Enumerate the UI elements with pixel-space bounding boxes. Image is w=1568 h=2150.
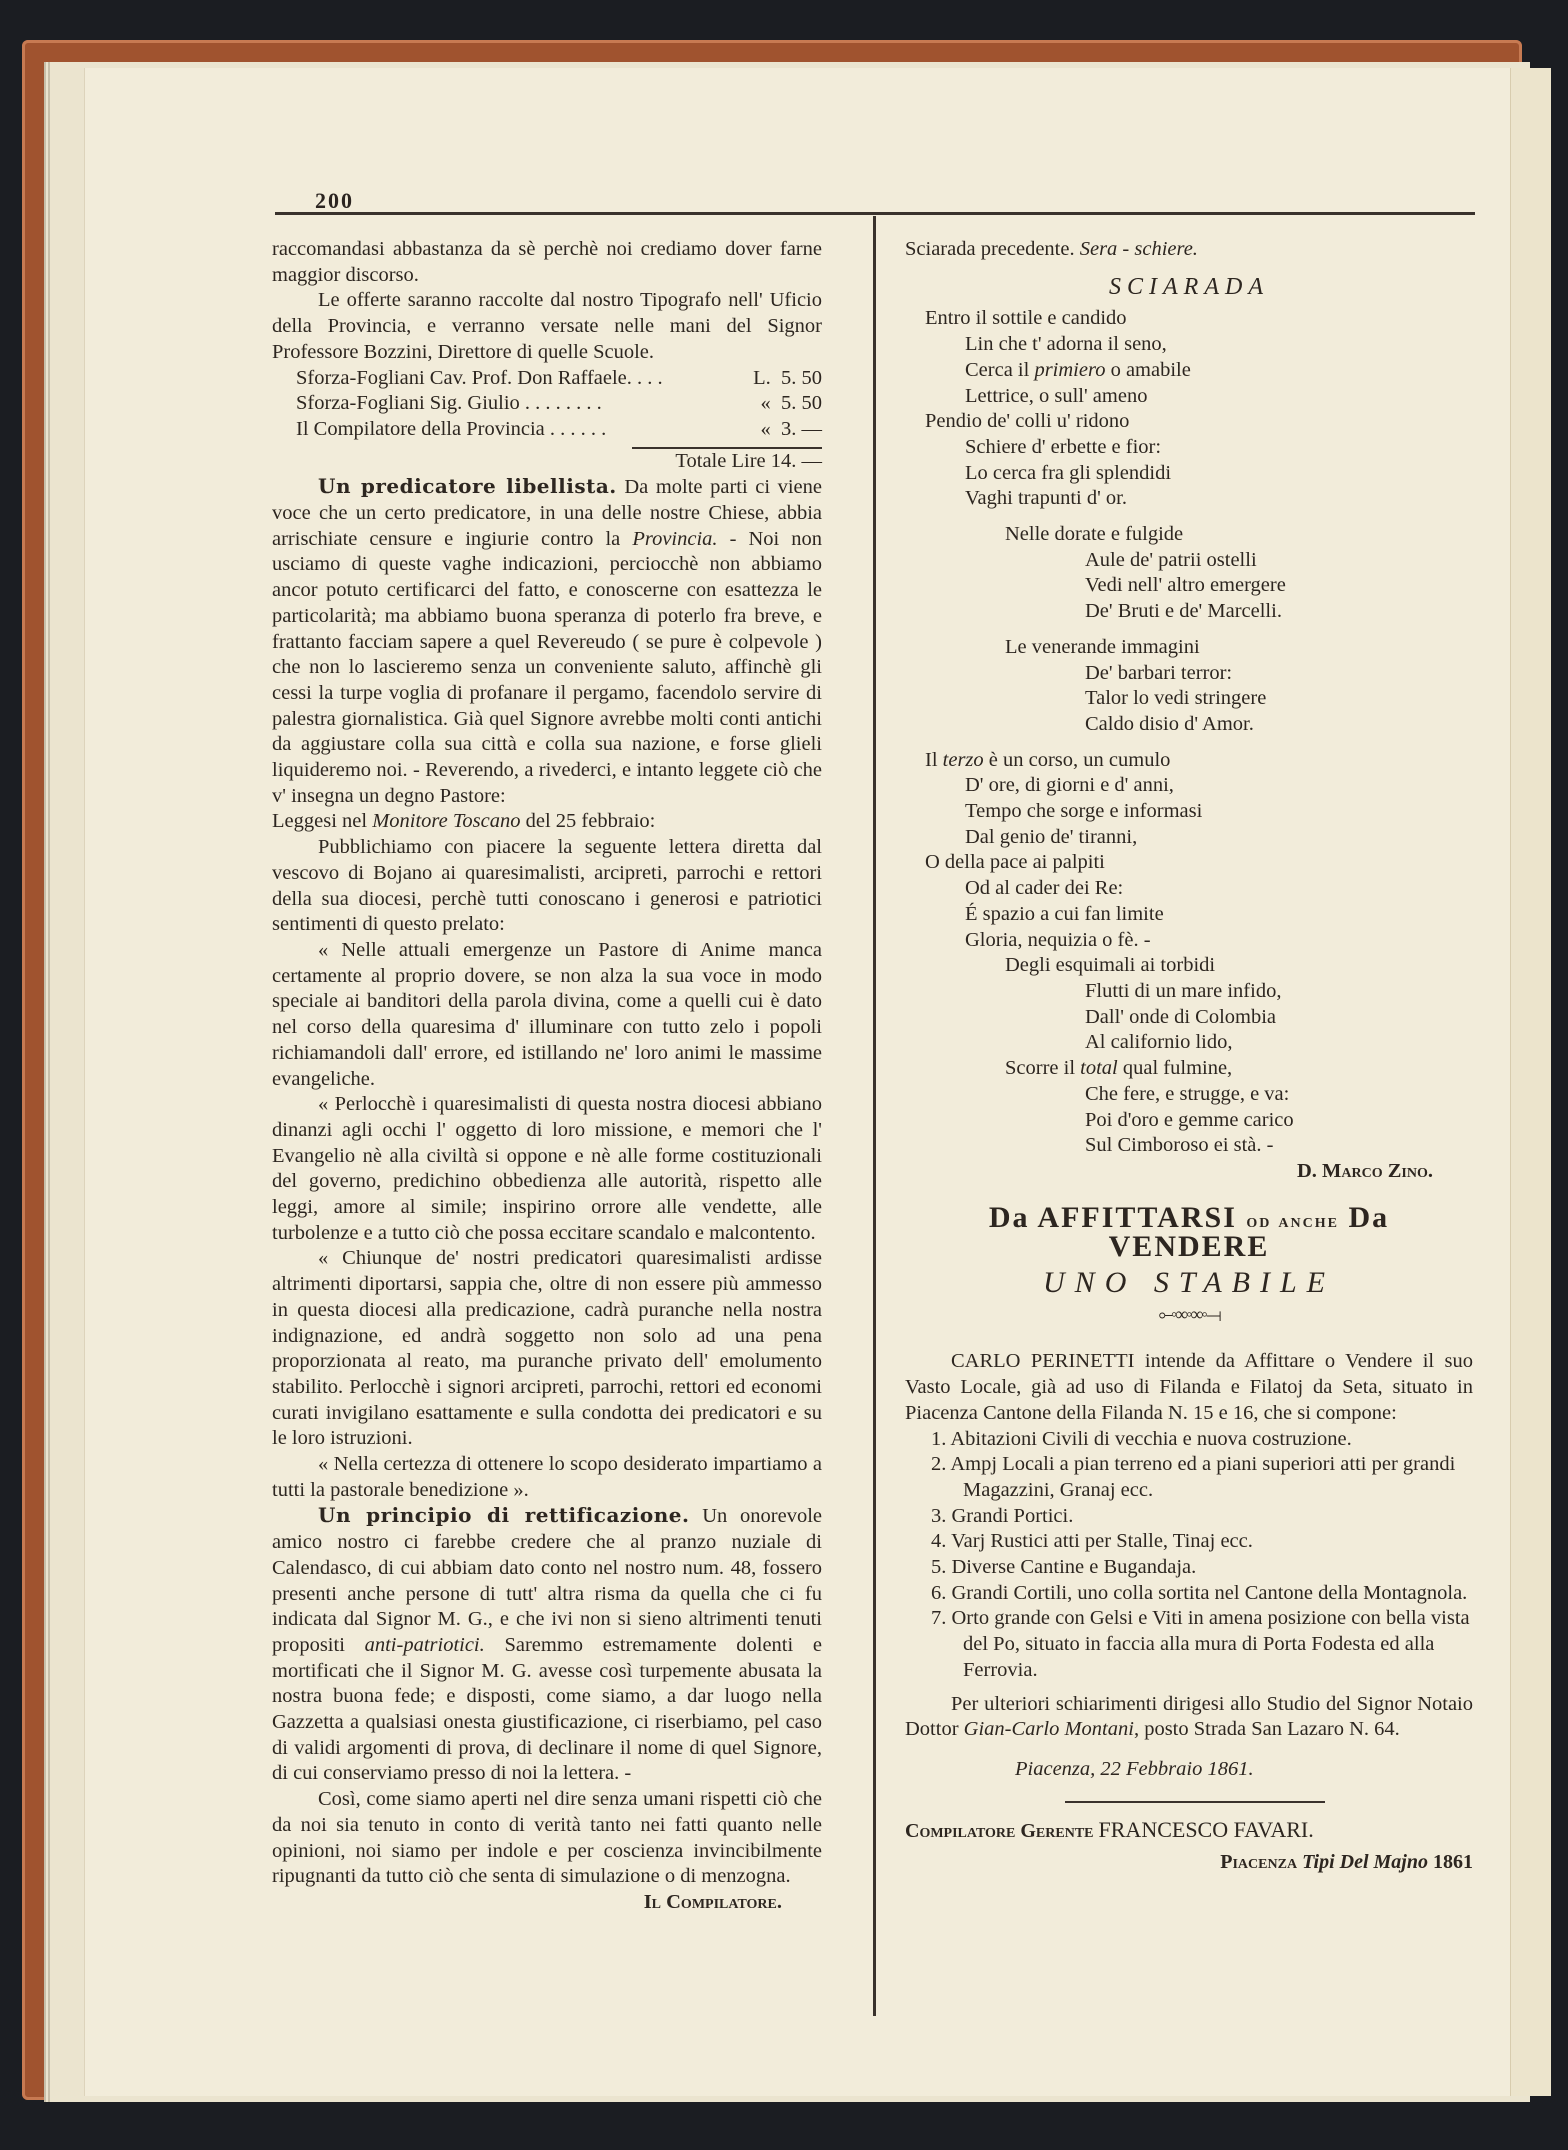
donation-amount: « 5. 50	[761, 391, 823, 417]
poem-line: Caldo disio d' Amor.	[905, 712, 1473, 738]
property-item: 2. Ampj Locali a pian terreno ed a piani…	[905, 1452, 1473, 1503]
property-list: 1. Abitazioni Civili di vecchia e nuova …	[905, 1427, 1473, 1684]
intro-paragraph: raccomandasi abbastanza da sè perchè noi…	[272, 237, 822, 288]
poem-line: Vedi nell' altro emergere	[905, 573, 1473, 599]
poem-line: Schiere d' erbette e fior:	[905, 435, 1473, 461]
poem-line: Cerca il primiero o amabile	[905, 358, 1473, 384]
poem-line: Lin che t' adorna il seno,	[905, 332, 1473, 358]
poem-line: Gloria, nequizia o fè. -	[905, 928, 1473, 954]
donation-total: Totale Lire 14. —	[632, 447, 822, 475]
sciarada-title: SCIARADA	[905, 275, 1473, 301]
donation-row: Sforza-Fogliani Cav. Prof. Don Raffaele.…	[272, 366, 822, 392]
poem-line: Entro il sottile e candido	[905, 306, 1473, 332]
closing-paragraph: Così, come siamo aperti nel dire senza u…	[272, 1787, 822, 1890]
poem-line: Il terzo è un corso, un cumulo	[905, 748, 1473, 774]
poem-line: Talor lo vedi stringere	[905, 686, 1473, 712]
donation-row: Il Compilatore della Provincia . . . . .…	[272, 417, 822, 443]
poem-line: Degli esquimali ai torbidi	[905, 953, 1473, 979]
poem-line: De' barbari terror:	[905, 661, 1473, 687]
letter-paragraph: « Chiunque de' nostri predicatori quares…	[272, 1246, 822, 1452]
poem-line: O della pace ai palpiti	[905, 850, 1473, 876]
property-item: 3. Grandi Portici.	[905, 1504, 1473, 1530]
poem-line: Le venerande immagini	[905, 635, 1473, 661]
compiler-line: Compilatore Gerente FRANCESCO FAVARI.	[905, 1817, 1473, 1845]
citation-line: Leggesi nel Monitore Toscano del 25 febb…	[272, 809, 822, 835]
poem-line: É spazio a cui fan limite	[905, 902, 1473, 928]
header-rule	[275, 212, 1475, 215]
poem-line: Lo cerca fra gli splendidi	[905, 461, 1473, 487]
column-divider	[873, 216, 876, 2016]
previous-sciarada: Sciarada precedente. Sera - schiere.	[905, 237, 1473, 263]
donor-name: Sforza-Fogliani Sig. Giulio . . . . . . …	[296, 391, 602, 417]
poem-line: Tempo che sorge e informasi	[905, 799, 1473, 825]
next-page-edge	[1510, 68, 1551, 2096]
donation-amount: « 3. —	[761, 417, 823, 443]
article-rettificazione: Un principio di rettificazione. Un onore…	[272, 1503, 822, 1787]
poem-line: Poi d'oro e gemme carico	[905, 1108, 1473, 1134]
poem-line: Dall' onde di Colombia	[905, 1005, 1473, 1031]
stanza-gap	[905, 738, 1473, 748]
donation-amount: L. 5. 50	[753, 366, 822, 392]
poem-line: Scorre il total qual fulmine,	[905, 1056, 1473, 1082]
offerte-paragraph: Le offerte saranno raccolte dal nostro T…	[272, 288, 822, 365]
poem-line: D' ore, di giorni e d' anni,	[905, 773, 1473, 799]
poem-line: Al californio lido,	[905, 1030, 1473, 1056]
poem-line: Che fere, e strugge, e va:	[905, 1082, 1473, 1108]
letter-paragraph: « Perlocchè i quaresimalisti di questa n…	[272, 1092, 822, 1246]
poem-line: Aule de' patrii ostelli	[905, 548, 1473, 574]
signature: Il Compilatore.	[272, 1890, 822, 1916]
ad-owner: CARLO PERINETTI	[951, 1350, 1135, 1372]
poem-line: Flutti di un mare infido,	[905, 979, 1473, 1005]
donation-list: Sforza-Fogliani Cav. Prof. Don Raffaele.…	[272, 366, 822, 475]
ad-contact: Per ulteriori schiarimenti dirigesi allo…	[905, 1692, 1473, 1743]
stanza-gap	[905, 625, 1473, 635]
article-heading: Un predicatore libellista.	[318, 474, 617, 498]
letter-intro: Pubblichiamo con piacere la seguente let…	[272, 835, 822, 938]
poem-line: Dal genio de' tiranni,	[905, 825, 1473, 851]
property-item: 1. Abitazioni Civili di vecchia e nuova …	[905, 1427, 1473, 1453]
property-item: 4. Varj Rustici atti per Stalle, Tinaj e…	[905, 1529, 1473, 1555]
property-item: 7. Orto grande con Gelsi e Viti in amena…	[905, 1606, 1473, 1683]
page-number: 200	[315, 188, 354, 214]
poem-line: Nelle dorate e fulgide	[905, 522, 1473, 548]
poem-line: Od al cader dei Re:	[905, 876, 1473, 902]
donor-name: Il Compilatore della Provincia . . . . .…	[296, 417, 606, 443]
poem-line: Lettrice, o sull' ameno	[905, 384, 1473, 410]
ad-subtitle: UNO STABILE	[905, 1270, 1473, 1296]
property-item: 5. Diverse Cantine e Bugandaja.	[905, 1555, 1473, 1581]
poem-author: D. Marco Zino.	[905, 1159, 1473, 1185]
poem-line: Vaghi trapunti d' or.	[905, 486, 1473, 512]
property-item: 6. Grandi Cortili, uno colla sortita nel…	[905, 1581, 1473, 1607]
ad-date: Piacenza, 22 Febbraio 1861.	[905, 1757, 1473, 1783]
left-column: raccomandasi abbastanza da sè perchè noi…	[272, 237, 822, 1916]
ad-title: Da AFFITTARSI od anche Da VENDERE	[905, 1205, 1473, 1260]
article-heading: Un principio di rettificazione.	[318, 1503, 689, 1527]
sciarada-poem: Entro il sottile e candidoLin che t' ado…	[905, 306, 1473, 1159]
article-predicatore: Un predicatore libellista. Da molte part…	[272, 474, 822, 809]
donation-row: Sforza-Fogliani Sig. Giulio . . . . . . …	[272, 391, 822, 417]
right-column: Sciarada precedente. Sera - schiere. SCI…	[905, 237, 1473, 1876]
donor-name: Sforza-Fogliani Cav. Prof. Don Raffaele.…	[296, 366, 663, 392]
ornament-divider-icon: ⟜◦∞◦∞◦⟞	[905, 1302, 1473, 1328]
letter-paragraph: « Nelle attuali emergenze un Pastore di …	[272, 938, 822, 1092]
stanza-gap	[905, 512, 1473, 522]
page-header: 200	[315, 188, 1475, 212]
poem-line: Sul Cimboroso ei stà. -	[905, 1133, 1473, 1159]
poem-line: De' Bruti e de' Marcelli.	[905, 599, 1473, 625]
footer-rule	[1065, 1801, 1325, 1803]
letter-paragraph: « Nella certezza di ottenere lo scopo de…	[272, 1452, 822, 1503]
ad-intro: CARLO PERINETTI intende da Affittare o V…	[905, 1349, 1473, 1426]
printer-line: Piacenza Tipi Del Majno 1861	[905, 1850, 1473, 1876]
poem-line: Pendio de' colli u' ridono	[905, 409, 1473, 435]
